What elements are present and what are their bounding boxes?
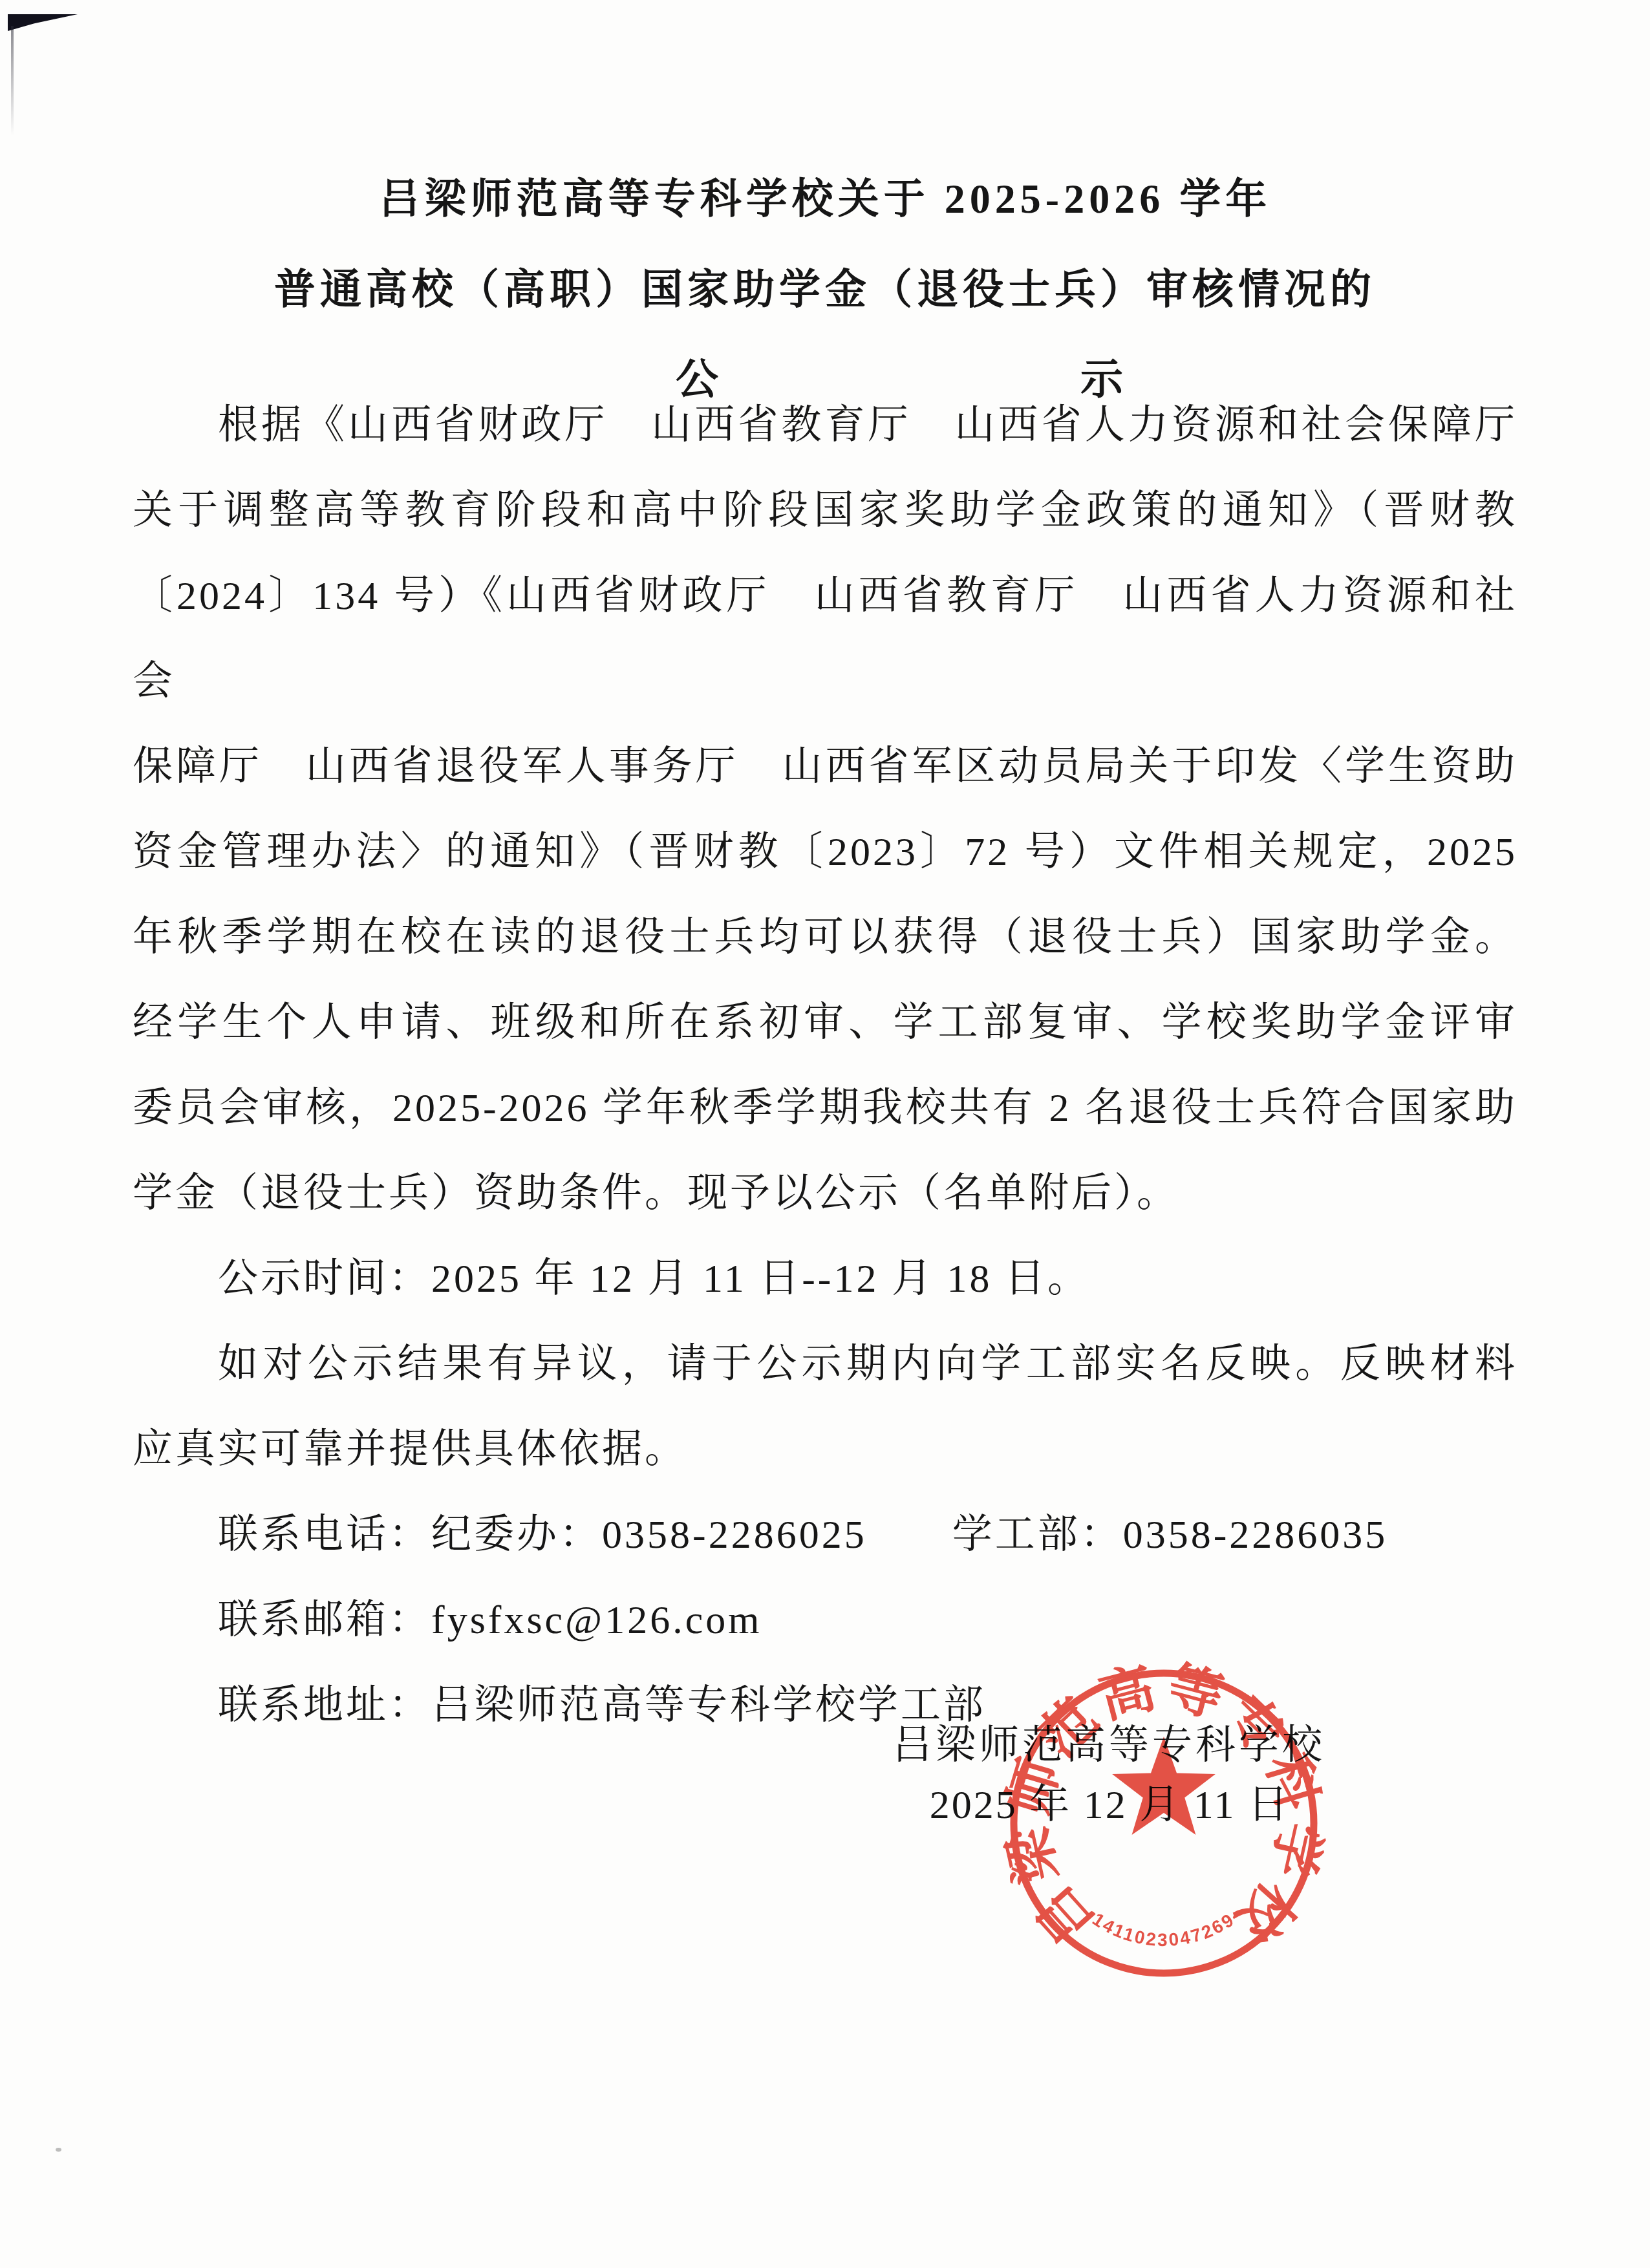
- official-seal: 吕梁师范高等专科学校 1411023047269: [996, 1655, 1332, 1991]
- seal-code-text: 1411023047269: [1089, 1909, 1238, 1950]
- body-line: 应真实可靠并提供具体依据。: [133, 1407, 1517, 1492]
- body-line: 委员会审核，2025-2026 学年秋季学期我校共有 2 名退役士兵符合国家助: [133, 1065, 1517, 1151]
- document-body: 根据《山西省财政厅 山西省教育厅 山西省人力资源和社会保障厅关于调整高等教育阶段…: [133, 383, 1517, 1748]
- body-line: 学金（退役士兵）资助条件。现予以公示（名单附后）。: [133, 1151, 1517, 1236]
- title-line-1: 吕梁师范高等专科学校关于 2025-2026 学年: [133, 154, 1517, 244]
- body-line: 经学生个人申请、班级和所在系初审、学工部复审、学校奖助学金评审: [133, 980, 1517, 1065]
- scan-edge-artifact: [11, 26, 14, 136]
- body-line: 联系邮箱：fysfxsc@126.com: [133, 1578, 1517, 1663]
- title-line-2: 普通高校（高职）国家助学金（退役士兵）审核情况的: [133, 244, 1517, 335]
- seal-star-icon: [1112, 1737, 1216, 1835]
- body-line: 年秋季学期在校在读的退役士兵均可以获得（退役士兵）国家助学金。: [133, 895, 1517, 980]
- body-line: 如对公示结果有异议，请于公示期内向学工部实名反映。反映材料: [133, 1321, 1517, 1407]
- scan-speck: [56, 2148, 61, 2152]
- scan-corner-artifact: [8, 14, 78, 31]
- document-page: 吕梁师范高等专科学校关于 2025-2026 学年 普通高校（高职）国家助学金（…: [0, 0, 1650, 2268]
- body-line: 关于调整高等教育阶段和高中阶段国家奖助学金政策的通知》（晋财教: [133, 468, 1517, 553]
- body-line: 〔2024〕134 号）《山西省财政厅 山西省教育厅 山西省人力资源和社会: [133, 553, 1517, 724]
- body-line: 根据《山西省财政厅 山西省教育厅 山西省人力资源和社会保障厅: [133, 383, 1517, 468]
- body-line: 公示时间：2025 年 12 月 11 日--12 月 18 日。: [133, 1236, 1517, 1321]
- body-line: 资金管理办法〉的通知》（晋财教〔2023〕72 号）文件相关规定，2025: [133, 809, 1517, 895]
- body-line: 保障厅 山西省退役军人事务厅 山西省军区动员局关于印发〈学生资助: [133, 724, 1517, 809]
- body-line: 联系电话：纪委办：0358-2286025 学工部：0358-2286035: [133, 1492, 1517, 1578]
